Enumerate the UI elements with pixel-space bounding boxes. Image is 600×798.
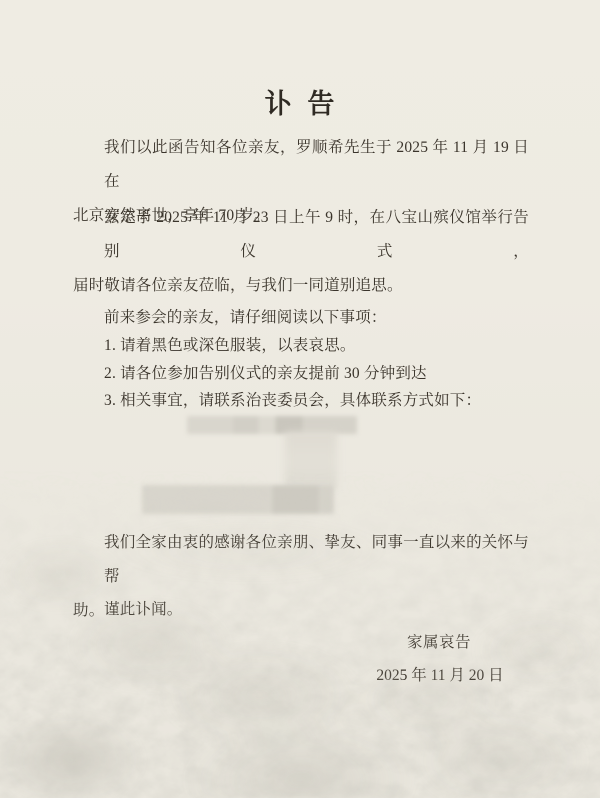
obituary-notice-page: 讣 告 我们以此函告知各位亲友，罗顺希先生于 2025 年 11 月 19 日在… [0,0,600,798]
notice-intro-line: 前来参会的亲友，请仔细阅读以下事项： [73,301,529,335]
announcement-line-1: 我们以此函告知各位亲友，罗顺希先生于 2025 年 11 月 19 日在 [73,131,529,199]
notice-date: 2025 年 11 月 20 日 [330,662,550,689]
closing-line: 谨此讣闻。 [104,593,404,627]
ceremony-line-2: 届时敬请各位亲友莅临，与我们一同道别追思。 [73,269,529,303]
page-title: 讣 告 [0,82,600,121]
thanks-line-1: 我们全家由衷的感谢各位亲朋、挚友、同事一直以来的关怀与帮 [73,526,529,594]
family-signature: 家属哀告 [378,629,500,656]
paragraph-ceremony: 兹定于 2025 年 11 月 23 日上午 9 时，在八宝山殡仪馆举行告别仪式… [73,201,529,303]
notice-item-3: 3. 相关事宜，请联系治丧委员会，具体联系方式如下： [104,387,544,415]
paragraph-notice-intro: 前来参会的亲友，请仔细阅读以下事项： [73,301,529,335]
notice-item-2: 2. 请各位参加告别仪式的亲友提前 30 分钟到达 [104,360,544,388]
notice-item-list: 1. 请着黑色或深色服装，以表哀思。 2. 请各位参加告别仪式的亲友提前 30 … [104,332,544,415]
notice-item-1: 1. 请着黑色或深色服装，以表哀思。 [104,332,544,360]
redacted-contact-line-2 [142,485,334,514]
paper-grain-texture [0,468,600,798]
redacted-contact-block-middle [285,431,337,488]
ceremony-line-1: 兹定于 2025 年 11 月 23 日上午 9 时，在八宝山殡仪馆举行告别仪式… [73,201,529,269]
